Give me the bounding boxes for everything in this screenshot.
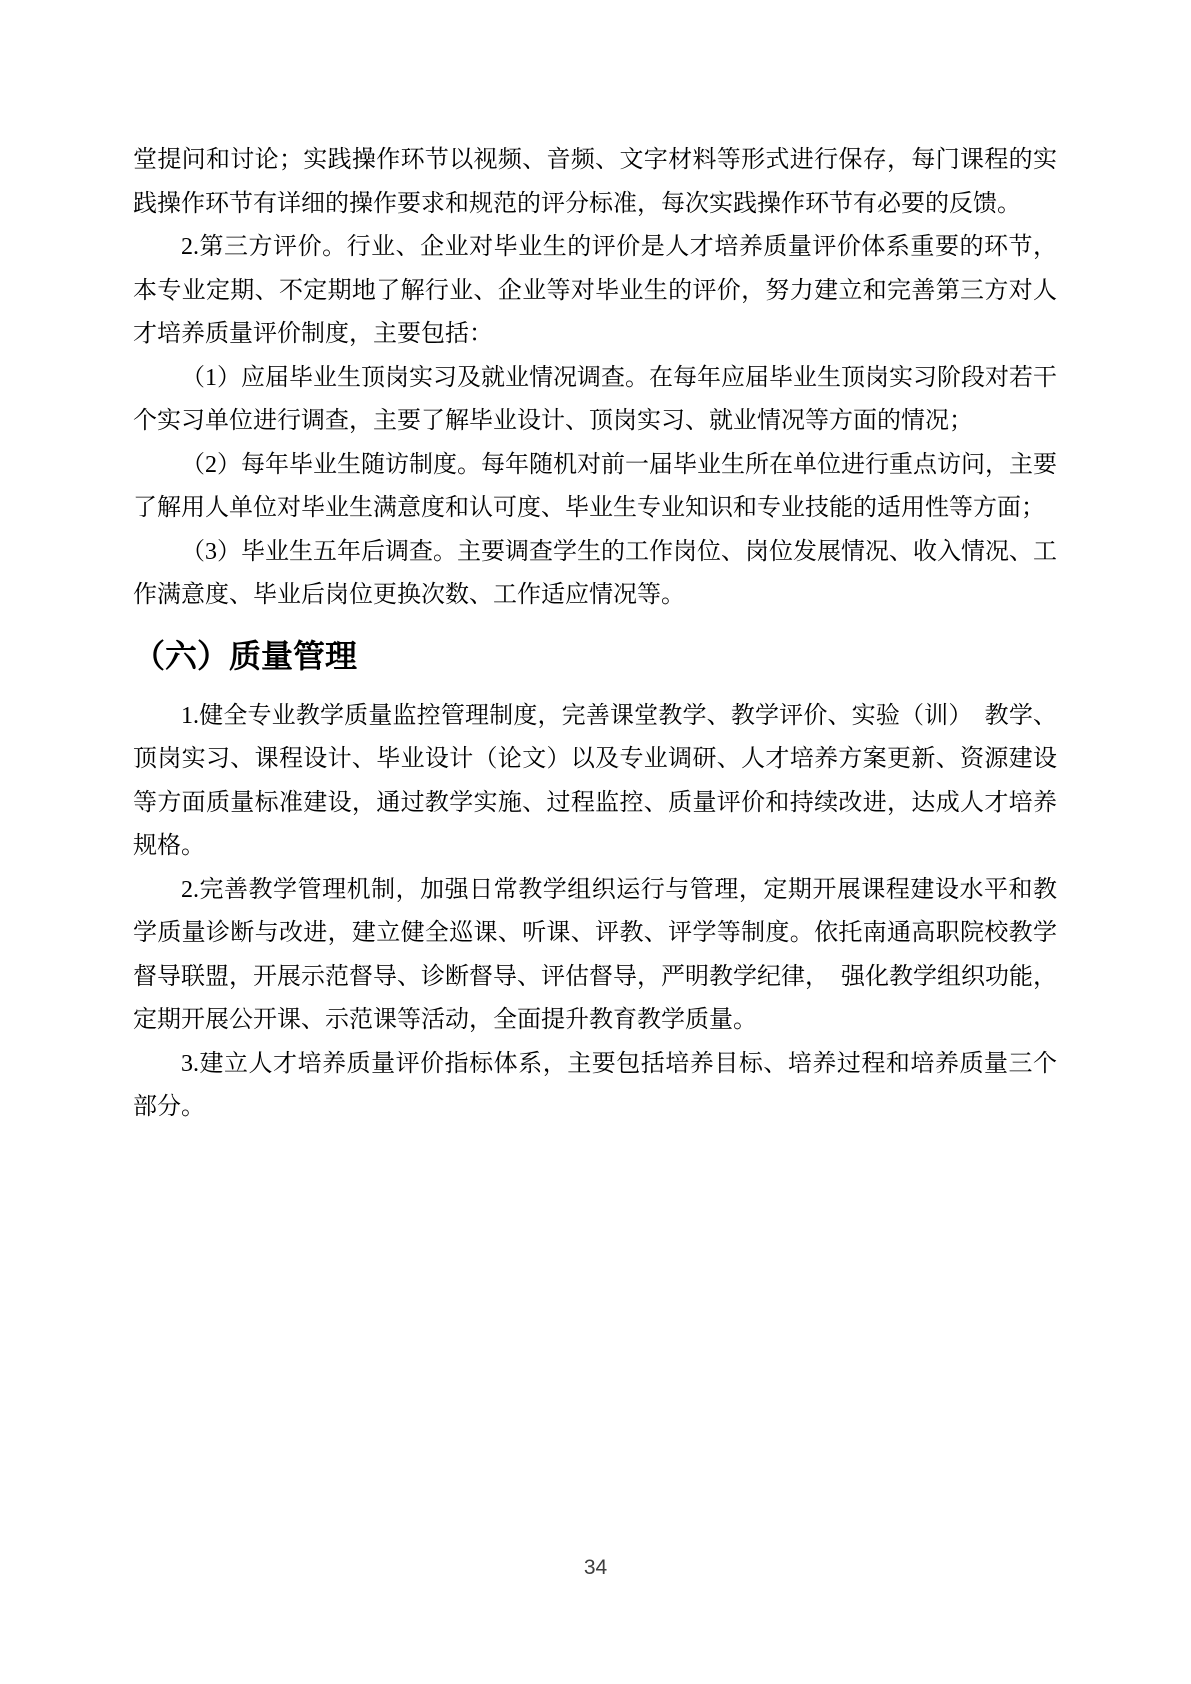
- page-content: 堂提问和讨论；实践操作环节以视频、音频、文字材料等形式进行保存，每门课程的实践操…: [133, 139, 1057, 1130]
- section-heading-quality-management: （六）质量管理: [133, 628, 1057, 684]
- body-paragraph-item-2: （2）每年毕业生随访制度。每年随机对前一届毕业生所在单位进行重点访问，主要了解用…: [133, 444, 1057, 531]
- document-page: 堂提问和讨论；实践操作环节以视频、音频、文字材料等形式进行保存，每门课程的实践操…: [0, 0, 1191, 1684]
- body-paragraph-item-3: （3）毕业生五年后调查。主要调查学生的工作岗位、岗位发展情况、收入情况、工作满意…: [133, 531, 1057, 618]
- body-paragraph-quality-3: 3.建立人才培养质量评价指标体系，主要包括培养目标、培养过程和培养质量三个部分。: [133, 1043, 1057, 1130]
- body-paragraph-item-1: （1）应届毕业生顶岗实习及就业情况调查。在每年应届毕业生顶岗实习阶段对若干个实习…: [133, 357, 1057, 444]
- body-paragraph-continuation: 堂提问和讨论；实践操作环节以视频、音频、文字材料等形式进行保存，每门课程的实践操…: [133, 139, 1057, 226]
- body-paragraph-quality-1: 1.健全专业教学质量监控管理制度，完善课堂教学、教学评价、实验（训） 教学、顶岗…: [133, 695, 1057, 869]
- page-number: 34: [0, 1556, 1191, 1580]
- body-paragraph-quality-2: 2.完善教学管理机制，加强日常教学组织运行与管理，定期开展课程建设水平和教学质量…: [133, 869, 1057, 1043]
- body-paragraph-third-party-evaluation: 2.第三方评价。行业、企业对毕业生的评价是人才培养质量评价体系重要的环节，本专业…: [133, 226, 1057, 357]
